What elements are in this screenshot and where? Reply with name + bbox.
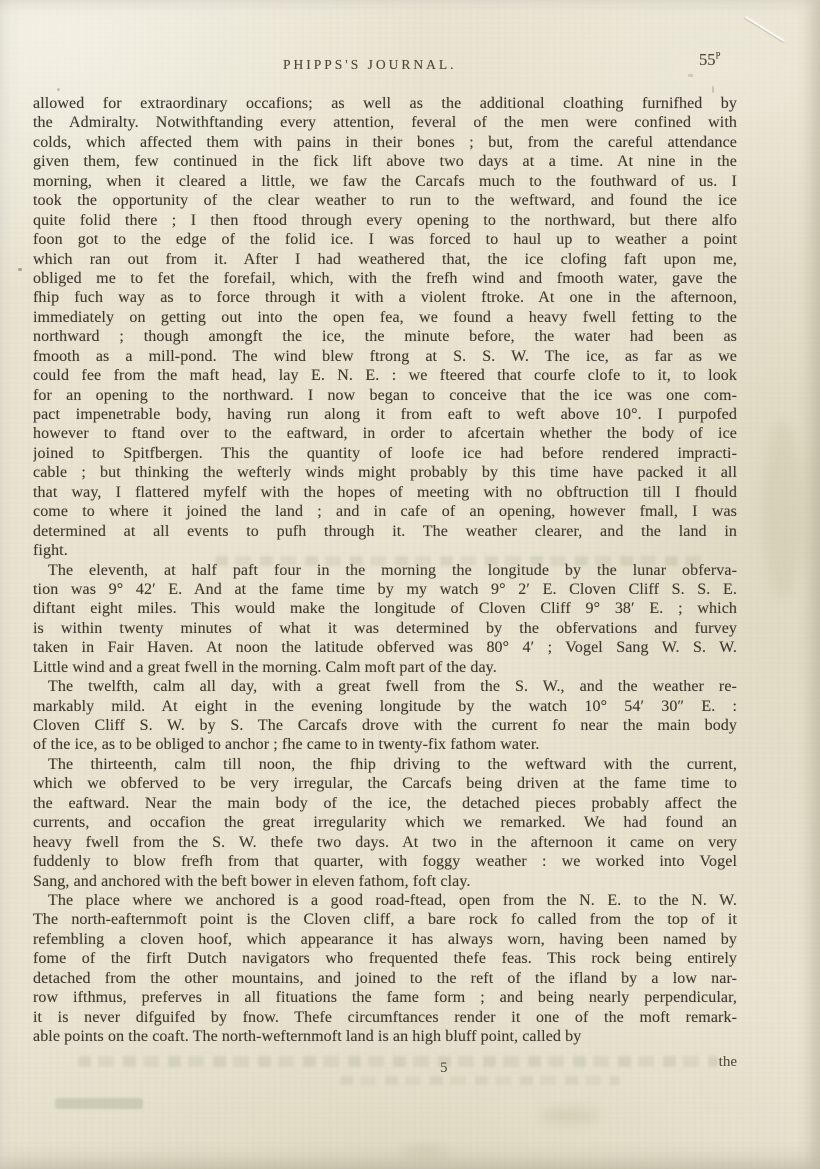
- text-line: given them, few continued in the fick li…: [33, 152, 737, 171]
- text-line: Little wind and a great fwell in the mor…: [33, 658, 737, 677]
- text-line: pact impenetrable body, having run along…: [33, 405, 737, 424]
- signature-mark: P: [716, 51, 721, 61]
- ink-speck: [688, 74, 693, 77]
- text-line: fome of the firft Dutch navigators who f…: [33, 949, 737, 968]
- text-line: row ifthmus, preferves in all fituations…: [33, 988, 737, 1007]
- text-line: the Admiralty. Notwithftanding every att…: [33, 113, 737, 132]
- text-line: the eaftward. Near the main body of the …: [33, 794, 737, 813]
- text-line: fmooth as a mill-pond. The wind blew ftr…: [33, 347, 737, 366]
- text-line: that way, I flattered myfelf with the ho…: [33, 483, 737, 502]
- text-line: foon got to the edge of the folid ice. I…: [33, 230, 737, 249]
- text-line: which ran out from it. After I had weath…: [33, 250, 737, 269]
- text-line: fight.: [33, 541, 737, 560]
- text-line: come to where it joined the land ; and i…: [33, 502, 737, 521]
- text-line: northward ; though amongft the ice, the …: [33, 327, 737, 346]
- text-line: able points on the coaft. The north-weft…: [33, 1027, 737, 1046]
- text-body: allowed for extraordinary occafions; as …: [33, 94, 737, 1046]
- text-line: colds, which affected them with pains in…: [33, 133, 737, 152]
- page-number-value: 55: [699, 50, 716, 69]
- text-line: The thirteenth, calm till noon, the fhip…: [33, 755, 737, 774]
- text-line: Sang, and anchored with the beft bower i…: [33, 872, 737, 891]
- text-line: however to ftand over to the eaftward, i…: [33, 424, 737, 443]
- text-line: took the opportunity of the clear weathe…: [33, 191, 737, 210]
- text-line: tion was 9° 42′ E. And at the fame time …: [33, 580, 737, 599]
- text-line: could fee from the maft head, lay E. N. …: [33, 366, 737, 385]
- paper-crease: [745, 16, 785, 42]
- text-line: is within twenty minutes of what it was …: [33, 619, 737, 638]
- text-line: Cloven Cliff S. W. by S. The Carcafs dro…: [33, 716, 737, 735]
- ink-speck: [18, 268, 22, 271]
- text-line: immediately on getting out into the open…: [33, 308, 737, 327]
- text-line: for an opening to the northward. I now b…: [33, 386, 737, 405]
- scanned-book-page: PHIPPS'S JOURNAL. 55P allowed for extrao…: [0, 0, 820, 1169]
- text-line: which we obferved to be very irregular, …: [33, 774, 737, 793]
- text-line: joined to Spitfbergen. This the quantity…: [33, 444, 737, 463]
- page-number: 55P: [699, 50, 721, 70]
- text-line: determined at all events to pufh through…: [33, 522, 737, 541]
- text-line: it is never difguifed by fnow. Thefe cir…: [33, 1008, 737, 1027]
- text-line: cable ; but thinking the wefterly winds …: [33, 463, 737, 482]
- text-line: currents, and occafion the great irregul…: [33, 813, 737, 832]
- text-line: markably mild. At eight in the evening l…: [33, 697, 737, 716]
- text-line: diftant eight miles. This would make the…: [33, 599, 737, 618]
- text-line: quite folid there ; I then ftood through…: [33, 211, 737, 230]
- text-line: The twelfth, calm all day, with a great …: [33, 677, 737, 696]
- bleed-through-ghost: [55, 1098, 143, 1109]
- ink-speck: [57, 88, 60, 91]
- paper-stain: [400, 1145, 450, 1157]
- text-line: detached from the other mountains, and j…: [33, 969, 737, 988]
- text-line: The north-eafternmoft point is the Clove…: [33, 910, 737, 929]
- running-head: PHIPPS'S JOURNAL.: [283, 57, 456, 73]
- text-line: fuddenly to blow frefh from that quarter…: [33, 852, 737, 871]
- text-line: refembling a cloven hoof, which appearan…: [33, 930, 737, 949]
- text-line: heavy fwell from the S. W. thefe two day…: [33, 833, 737, 852]
- paper-stain: [540, 1108, 600, 1124]
- ink-speck: [712, 86, 714, 93]
- text-line: obliged me to fet the forefail, which, w…: [33, 269, 737, 288]
- text-line: taken in Fair Haven. At noon the latitud…: [33, 638, 737, 657]
- text-line: The place where we anchored is a good ro…: [33, 891, 737, 910]
- bleed-through-ghost: [340, 1076, 620, 1085]
- text-line: allowed for extraordinary occafions; as …: [33, 94, 737, 113]
- text-line: morning, when it cleared a little, we fa…: [33, 172, 737, 191]
- text-line: of the ice, as to be obliged to anchor ;…: [33, 735, 737, 754]
- text-line: fhip fuch way as to force through it wit…: [33, 288, 737, 307]
- text-line: The eleventh, at half paft four in the m…: [33, 561, 737, 580]
- paper-stain: [762, 420, 802, 600]
- catchword: the: [33, 1054, 737, 1071]
